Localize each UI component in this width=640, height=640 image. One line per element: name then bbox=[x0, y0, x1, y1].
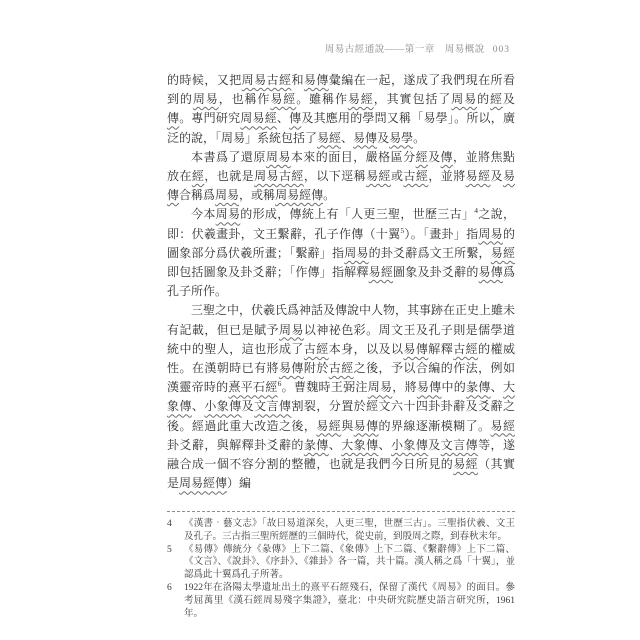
book-title-mark: 周易 bbox=[478, 227, 503, 241]
book-title-mark: 周易 bbox=[368, 380, 393, 394]
book-title-mark: 周易 bbox=[216, 207, 241, 221]
text-run: 、 bbox=[491, 380, 503, 394]
paragraph: 本書爲了還原周易本來的面目，嚴格區分經及傳，並將焦點放在經，也就是周易古經，以下… bbox=[167, 148, 515, 206]
text-run: 的時候，又把 bbox=[167, 73, 242, 87]
text-run: ，並將 bbox=[428, 169, 465, 183]
text-run: 、 bbox=[379, 438, 391, 452]
book-title-mark: 易經 bbox=[466, 169, 491, 183]
footnote-text: 《易傳》傳統分《彖傳》上下二篇、《象傳》上下二篇、《繫辭傳》上下二篇、《文言》、… bbox=[184, 544, 515, 582]
text-run: ，將 bbox=[392, 380, 417, 394]
book-title-mark: 易傳 bbox=[403, 342, 428, 356]
book-title-mark: 經 bbox=[490, 92, 503, 106]
book-title-mark: 傳 bbox=[441, 150, 453, 164]
text-run: 和 bbox=[291, 73, 303, 87]
book-title-mark: 大象傳 bbox=[341, 438, 378, 452]
text-run: 。專門研究 bbox=[179, 111, 240, 125]
text-run: 今本 bbox=[191, 207, 216, 221]
footnote-item: 5 《易傳》傳統分《彖傳》上下二篇、《象傳》上下二篇、《繫辭傳》上下二篇、《文言… bbox=[167, 544, 515, 582]
text-run: 即包括圖象及卦爻辭；「作傳」指解釋 bbox=[167, 265, 369, 279]
book-title-mark: 周易 bbox=[266, 150, 291, 164]
text-run: 中的 bbox=[441, 380, 466, 394]
text-run: 及 bbox=[428, 438, 440, 452]
text-run: 。雖稱作 bbox=[296, 92, 348, 106]
text-run: ）。「畫卦」指 bbox=[404, 227, 478, 241]
text-run: 、 bbox=[329, 438, 341, 452]
book-title-mark: 熹平石經 bbox=[228, 380, 277, 394]
footnote-number: 4 bbox=[167, 518, 184, 531]
text-run: ）編 bbox=[227, 476, 251, 490]
text-run: 的界線逐漸模糊了。 bbox=[379, 419, 491, 433]
book-title-mark: 經 bbox=[192, 169, 204, 183]
footnote-section: 4 《漢書‧藝文志》「故曰易道深矣，人更三聖，世歷三古」。三聖指伏羲、文王及孔子… bbox=[167, 511, 515, 620]
book-title-mark: 周易經 bbox=[240, 111, 277, 125]
text-run: 的形成，傳統上有「人更三聖，世歷三古」 bbox=[240, 207, 474, 221]
book-title-mark: 彖傳 bbox=[466, 380, 491, 394]
book-title-mark: 易經 bbox=[491, 246, 515, 260]
book-title-mark: 易學 bbox=[389, 131, 413, 145]
running-header: 周易古經通說——第一章 周易概說003 bbox=[325, 41, 510, 55]
book-title-mark: 易經 bbox=[348, 92, 374, 106]
text-run: 附於 bbox=[304, 361, 329, 375]
text-run: ，以下逕稱 bbox=[304, 169, 366, 183]
book-title-mark: 周易經傳 bbox=[179, 476, 227, 490]
text-run: 、 bbox=[341, 131, 353, 145]
text-run: 及 bbox=[503, 92, 515, 106]
text-run: 的卦爻辭爲文王所繫， bbox=[369, 246, 491, 260]
footnote-item: 6 1922年在洛陽太學遺址出土的熹平石經殘石，保留了漢代《周易》的面目。參考屈… bbox=[167, 582, 515, 620]
book-title-mark: 傳 bbox=[289, 111, 301, 125]
text-run: 及 bbox=[242, 399, 254, 413]
text-run: 、 bbox=[192, 399, 204, 413]
text-run: ，也就是 bbox=[204, 169, 254, 183]
text-run: 。 bbox=[413, 131, 425, 145]
paragraph: 的時候，又把周易古經和易傳彙編在一起，遂成了我們現在所看到的周易，也稱作易經。雖… bbox=[167, 71, 515, 148]
book-title-mark: 易傳 bbox=[353, 131, 377, 145]
book-title-mark: 周易 bbox=[279, 323, 304, 337]
book-title-mark: 經 bbox=[416, 150, 428, 164]
book-title-mark: 易傳 bbox=[304, 73, 329, 87]
book-title-mark: 易經 bbox=[453, 457, 478, 471]
footnote-text: 1922年在洛陽太學遺址出土的熹平石經殘石，保留了漢代《周易》的面目。參考屈萬里… bbox=[184, 582, 515, 620]
book-title-mark: 文言傳 bbox=[441, 438, 478, 452]
footnote-number: 6 bbox=[167, 582, 184, 595]
book-title-mark: 易經 bbox=[491, 419, 515, 433]
book-title-mark: 周易 bbox=[451, 92, 477, 106]
book-title-mark: 小象傳 bbox=[391, 438, 428, 452]
book-title-mark: 易經 bbox=[366, 169, 391, 183]
book-title-mark: 古經 bbox=[403, 169, 428, 183]
text-run: ，或稱 bbox=[239, 188, 275, 202]
text-run: 。曹魏時王弼注 bbox=[281, 380, 367, 394]
running-header-title: 周易古經通說——第一章 周易概說 bbox=[325, 45, 485, 55]
body-text-column: 的時候，又把周易古經和易傳彙編在一起，遂成了我們現在所看到的周易，也稱作易經。雖… bbox=[167, 71, 515, 493]
text-run: 及 bbox=[428, 150, 440, 164]
book-title-mark: 古經 bbox=[304, 342, 329, 356]
book-title-mark: 周易 bbox=[344, 246, 368, 260]
text-run: 本身，以及以 bbox=[329, 342, 404, 356]
text-run: 及 bbox=[377, 131, 389, 145]
book-title-mark: 周易 bbox=[215, 188, 239, 202]
footnote-number: 5 bbox=[167, 544, 184, 557]
book-title-mark: 易經 bbox=[316, 419, 341, 433]
book-title-mark: 周易古經 bbox=[254, 169, 304, 183]
page-number: 003 bbox=[493, 45, 510, 55]
book-title-mark: 易傳 bbox=[354, 419, 379, 433]
text-run: 及 bbox=[491, 169, 503, 183]
footnote-item: 4 《漢書‧藝文志》「故曰易道深矣，人更三聖，世歷三古」。三聖指伏羲、文王及孔子… bbox=[167, 518, 515, 544]
text-run: 或 bbox=[391, 169, 403, 183]
text-run: 合稱爲 bbox=[179, 188, 215, 202]
text-run: ，也稱作 bbox=[219, 92, 271, 106]
text-run: 與 bbox=[341, 419, 353, 433]
text-run: 圖象及卦爻辭的 bbox=[393, 265, 478, 279]
book-page: 周易古經通說——第一章 周易概說003 的時候，又把周易古經和易傳彙編在一起，遂… bbox=[0, 0, 640, 640]
text-run: ，其實包括了 bbox=[374, 92, 452, 106]
book-title-mark: 易經 bbox=[270, 92, 296, 106]
book-title-mark: 周易古經 bbox=[242, 73, 292, 87]
paragraph: 三聖之中，伏羲氏爲神話及傳說中人物，其事跡在正史上雖未有記載，但已是賦予周易以神… bbox=[167, 301, 515, 493]
book-title-mark: 易傳 bbox=[279, 361, 304, 375]
text-run: 。 bbox=[323, 188, 335, 202]
text-run: 卦爻辭，與解釋卦爻辭的 bbox=[167, 438, 304, 452]
book-title-mark: 易傳 bbox=[417, 380, 442, 394]
book-title-mark: 周易 bbox=[193, 92, 219, 106]
text-run: 、 bbox=[277, 111, 289, 125]
book-title-mark: 古經 bbox=[329, 361, 354, 375]
book-title-mark: 古經 bbox=[453, 342, 478, 356]
text-run: 本書爲了還原 bbox=[191, 150, 266, 164]
text-run: 本來的面目，嚴格區分 bbox=[291, 150, 416, 164]
book-title-mark: 周易經傳 bbox=[275, 188, 323, 202]
book-title-mark: 傳 bbox=[167, 111, 179, 125]
footnote-text: 《漢書‧藝文志》「故曰易道深矣，人更三聖，世歷三古」。三聖指伏羲、文王及孔子。三… bbox=[184, 518, 515, 544]
book-title-mark: 小象傳 bbox=[204, 399, 241, 413]
book-title-mark: 易經 bbox=[369, 265, 393, 279]
text-run: 解釋 bbox=[428, 342, 453, 356]
paragraph: 今本周易的形成，傳統上有「人更三聖，世歷三古」4之說，即：伏羲畫卦，文王繫辭，孔… bbox=[167, 205, 515, 301]
book-title-mark: 易經 bbox=[317, 131, 341, 145]
book-title-mark: 彖傳 bbox=[304, 438, 329, 452]
text-run: 的 bbox=[477, 92, 490, 106]
book-title-mark: 易傳 bbox=[479, 265, 503, 279]
book-title-mark: 文言傳 bbox=[254, 399, 291, 413]
